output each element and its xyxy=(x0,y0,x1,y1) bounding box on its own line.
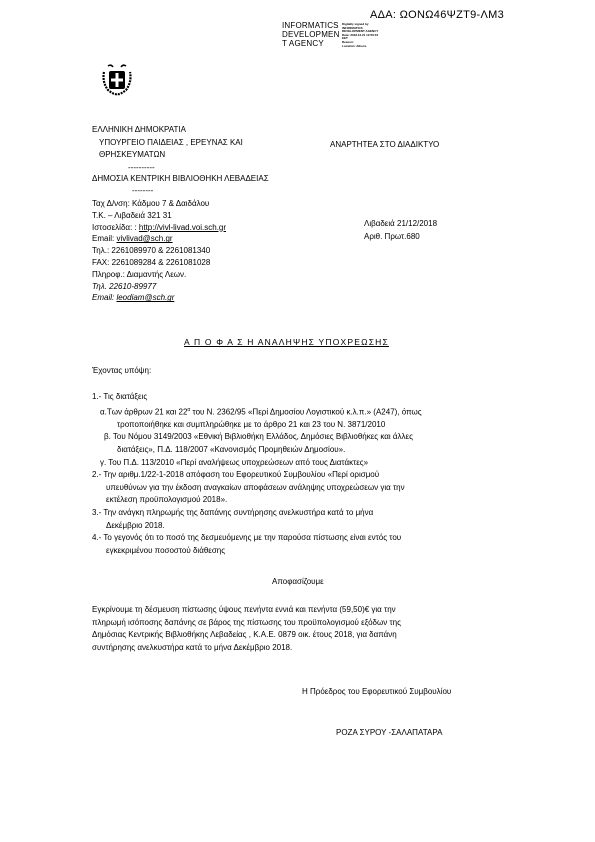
republic-name: ΕΛΛΗΝΙΚΗ ΔΗΜΟΚΡΑΤΙΑ xyxy=(92,124,269,137)
list-item: γ. Του Π.Δ. 113/2010 «Περί αναλήψεως υπο… xyxy=(92,457,422,470)
separator: ---------- xyxy=(92,162,269,173)
list-item: α.Των άρθρων 21 και 22α του Ν. 2362/95 «… xyxy=(92,404,422,419)
signatory-name: ΡΟΖΑ ΣΥΡΟΥ -ΣΑΛΑΠΑΤΑΡΑ xyxy=(336,727,442,740)
stamp-org-line: DEVELOPMEN xyxy=(282,30,340,39)
list-item: 2.- Την αριθμ.1/22-1-2018 απόφαση του Εφ… xyxy=(92,469,422,482)
letterhead: ΕΛΛΗΝΙΚΗ ΔΗΜΟΚΡΑΤΙΑ ΥΠΟΥΡΓΕΙΟ ΠΑΙΔΕΙΑΣ ,… xyxy=(92,124,269,196)
list-item: β. Του Νόμου 3149/2003 «Εθνική Βιβλιοθήκ… xyxy=(92,431,422,444)
separator: -------- xyxy=(92,185,269,196)
date-line: Λιβαδειά 21/12/2018 xyxy=(364,219,437,228)
website-link[interactable]: http://vivl-livad.voi.sch.gr xyxy=(139,223,226,232)
website-row: Ιστοσελίδα: : http://vivl-livad.voi.sch.… xyxy=(92,222,226,234)
info-phone: Τηλ. 22610-89977 xyxy=(92,281,226,293)
stamp-signature-details: Digitally signed by INFORMATICS DEVELOPM… xyxy=(342,23,378,48)
fax: FAX: 2261089284 & 2261081028 xyxy=(92,257,226,269)
email-link[interactable]: vivlivad@sch.gr xyxy=(116,234,172,243)
protocol-number: Αριθ. Πρωτ.680 xyxy=(364,232,420,241)
document-title: Α Π Ο Φ Α Σ Η ΑΝΑΛΗΨΗΣ ΥΠΟΧΡΕΩΣΗΣ xyxy=(184,337,389,347)
stamp-org-line: T AGENCY xyxy=(282,39,340,48)
ministry-line: ΥΠΟΥΡΓΕΙΟ ΠΑΙΔΕΙΑΣ , ΕΡΕΥΝΑΣ ΚΑΙ xyxy=(92,137,269,150)
list-item: 4.- Το γεγονός ότι το ποσό της δεσμευόμε… xyxy=(92,532,422,545)
ada-code: ΑΔΑ: ΩΟΝΩ46ΨΖΤ9-ΛΜ3 xyxy=(370,9,504,21)
digital-signature-stamp: INFORMATICS DEVELOPMEN T AGENCY xyxy=(282,21,340,48)
info-email-link[interactable]: leodiam@sch.gr xyxy=(116,293,174,302)
decision-heading: Αποφασίζουμε xyxy=(272,576,324,589)
contact-info: Ταχ Δ/νση: Κάδμου 7 & Δαιδάλου Τ.Κ. – Λι… xyxy=(92,198,226,304)
ministry-line: ΘΡΗΣΚΕΥΜΑΤΩΝ xyxy=(92,149,269,162)
greek-emblem-icon xyxy=(100,62,134,96)
post-online-notice: ΑΝΑΡΤΗΤΕΑ ΣΤΟ ΔΙΑΔΙΚΤΥΟ xyxy=(330,140,439,149)
considerations-list: 1.- Τις διατάξεις α.Των άρθρων 21 και 22… xyxy=(92,391,422,557)
postal-code: Τ.Κ. – Λιβαδειά 321 31 xyxy=(92,210,226,222)
info-email-row: Email: leodiam@sch.gr xyxy=(92,292,226,304)
list-item: 1.- Τις διατάξεις xyxy=(92,391,422,404)
library-name: ΔΗΜΟΣΙΑ ΚΕΝΤΡΙΚΗ ΒΙΒΛΙΟΘΗΚΗ ΛΕΒΑΔΕΙΑΣ xyxy=(92,173,269,186)
list-item: 3.- Την ανάγκη πληρωμής της δαπάνης συντ… xyxy=(92,507,422,520)
info-contact: Πληροφ.: Διαμαντής Λεων. xyxy=(92,269,226,281)
decision-text: Εγκρίνουμε τη δέσμευση πίστωσης ύψους πε… xyxy=(92,604,401,654)
signatory-role: Η Πρόεδρος του Εφορευτικού Συμβουλίου xyxy=(302,686,451,699)
considering-heading: Έχοντας υπόψη: xyxy=(92,365,151,378)
phone: Τηλ.: 2261089970 & 2261081340 xyxy=(92,245,226,257)
email-row: Email: vivlivad@sch.gr xyxy=(92,233,226,245)
address: Ταχ Δ/νση: Κάδμου 7 & Δαιδάλου xyxy=(92,198,226,210)
stamp-org-line: INFORMATICS xyxy=(282,21,340,30)
